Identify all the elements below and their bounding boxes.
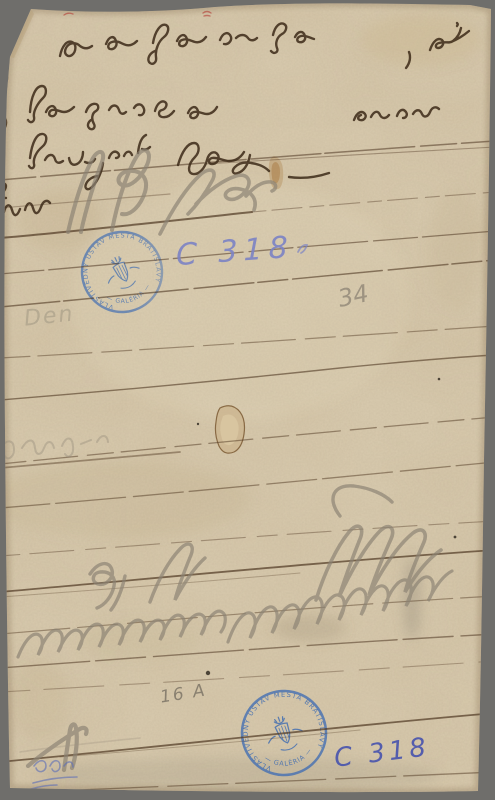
stain-blob — [215, 406, 244, 453]
manuscript-artwork: VLASTIVEDNÝ ÚSTAV MESTA BRATISLAVY — GAL… — [0, 0, 495, 800]
manuscript-photo: VLASTIVEDNÝ ÚSTAV MESTA BRATISLAVY — GAL… — [0, 0, 495, 800]
